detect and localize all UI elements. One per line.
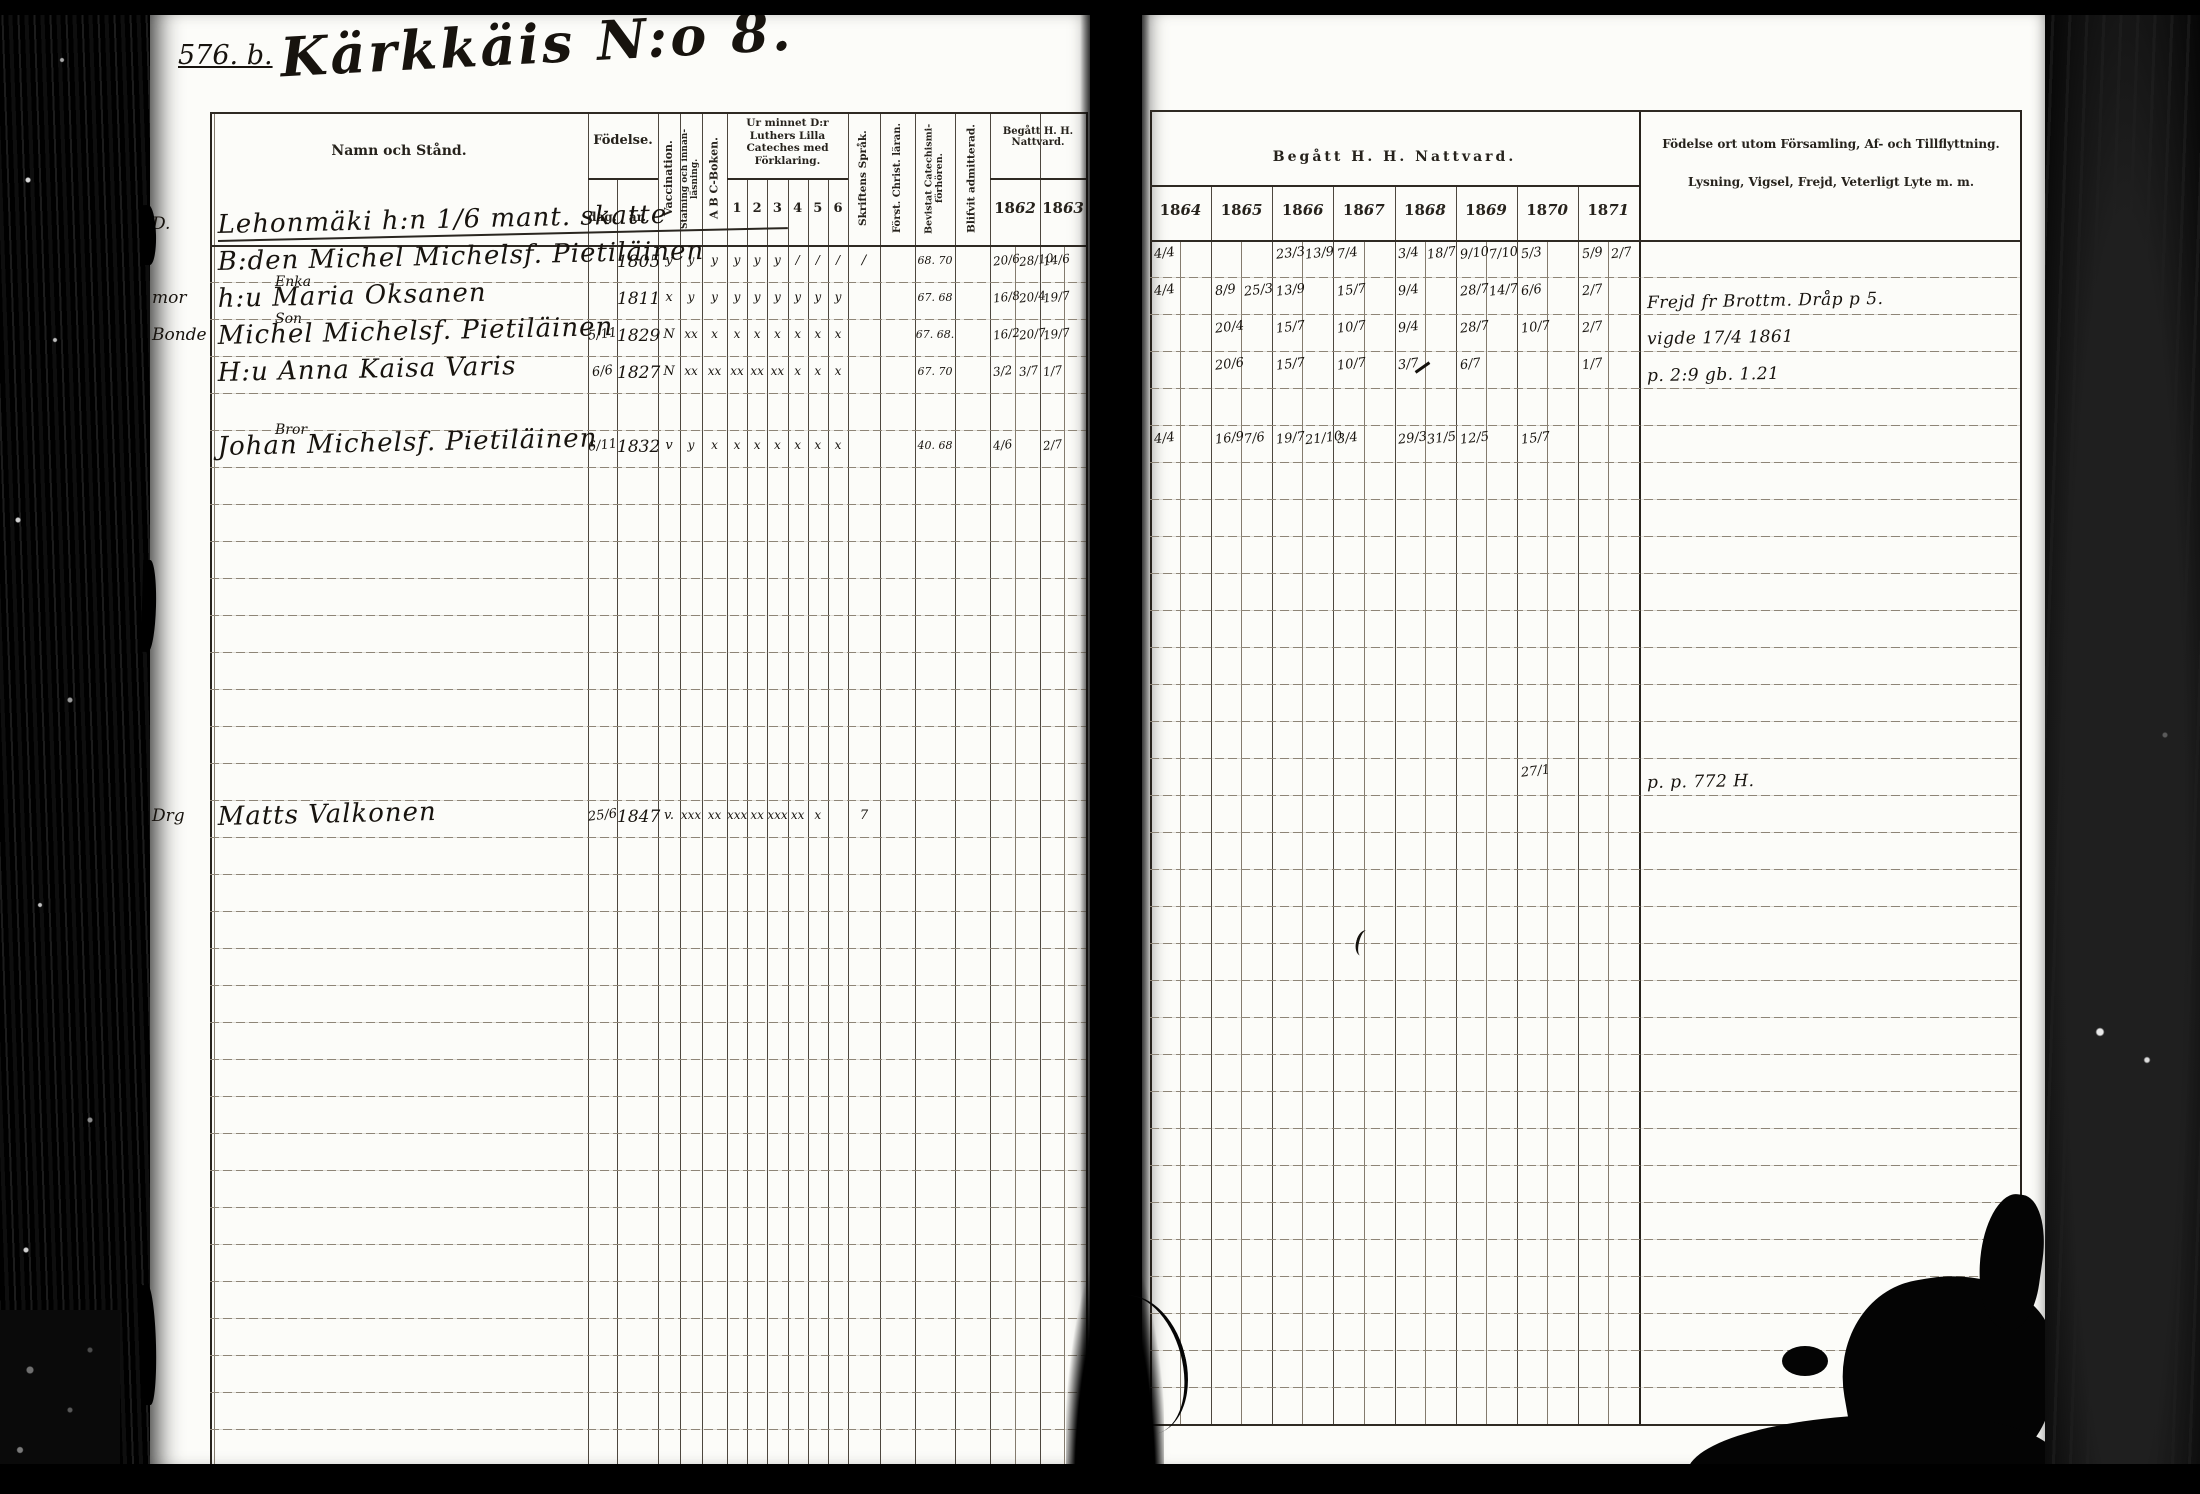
communion-mark: 9/4 (1398, 319, 1421, 336)
entry-name: h:u Maria Oksanen (217, 278, 487, 314)
communion-mark: 5/9 (1581, 245, 1604, 262)
communion-mark: 18/7 (1427, 244, 1458, 262)
grid-line-h (1150, 869, 2020, 870)
grid-line-h (588, 178, 658, 180)
scanned-ledger-spread: 576. b. Kärkkäis N:o 8. Namn och Stånd. … (0, 0, 2200, 1494)
grid-line-h (1150, 185, 1639, 187)
abc-mark: y (702, 290, 727, 304)
communion-mark: 14/6 (1042, 251, 1070, 268)
birth-year: 1805 (617, 252, 658, 272)
marginal-note: p. 2:9 gb. 1.21 (1647, 364, 1780, 386)
header-notes-line2: Lysning, Vigsel, Frejd, Veterligt Lyte m… (1647, 176, 2015, 189)
catechism-mark: y (747, 253, 767, 267)
catechism-mark: y (767, 290, 787, 304)
vaccination-mark: v (658, 438, 680, 453)
grid-line-h (210, 1133, 1086, 1134)
scan-left-edge (0, 0, 150, 1494)
grid-line-h (1150, 314, 2020, 315)
catechism-mark: x (747, 438, 767, 452)
communion-mark: 7/4 (1336, 245, 1359, 262)
attended-mark: 40. 68 (915, 439, 955, 452)
header-cateches: Ur minnet D:r Luthers Lilla Cateches med… (727, 117, 848, 167)
catechism-mark: x (767, 438, 787, 452)
margin-note: mor (152, 288, 186, 308)
scripture-mark: 7 (848, 808, 880, 823)
spelling-mark: xx (680, 327, 702, 341)
grid-line-h (210, 393, 1086, 394)
communion-mark: 2/7 (1581, 319, 1604, 336)
communion-mark: 2/7 (1042, 437, 1063, 453)
catechism-mark: y (767, 253, 787, 267)
marginal-note: Frejd fr Brottm. Dråp p 5. (1647, 289, 1884, 313)
grid-line-h (210, 1281, 1086, 1282)
communion-mark: 25/3 (1243, 281, 1274, 299)
vaccination-mark: x (658, 290, 680, 305)
grid-line-h (1150, 388, 2020, 389)
catechism-mark: x (788, 364, 808, 378)
year-label: 1869 (1456, 202, 1517, 219)
grid-line-h (210, 911, 1086, 912)
communion-mark: 28/7 (1459, 318, 1490, 336)
birth-day: 25/6 (587, 806, 618, 824)
birth-year: 1811 (617, 289, 658, 309)
scan-right-edge (2045, 0, 2200, 1494)
communion-mark: 1/7 (1581, 356, 1604, 373)
catechism-mark: y (788, 290, 808, 304)
communion-mark: 28/7 (1459, 281, 1490, 299)
communion-mark: 4/4 (1153, 282, 1176, 299)
communion-mark: 4/6 (992, 437, 1013, 453)
grid-line-h (210, 467, 1086, 468)
grid-line-h (1150, 980, 2020, 981)
birth-year: 1832 (617, 437, 658, 457)
grid-line-v (1015, 245, 1016, 1466)
marginal-note: p. p. 772 H. (1647, 771, 1755, 793)
header-blifvit-admitterad: Blifvit admitterad. (955, 112, 990, 245)
grid-line-h (1150, 351, 2020, 352)
entry-name: Matts Valkonen (217, 797, 437, 832)
grid-line-h (210, 615, 1086, 616)
catechism-mark: x (808, 364, 828, 378)
grid-line-h (1150, 647, 2020, 648)
catechism-mark: x (828, 364, 848, 378)
catechism-mark: y (727, 290, 747, 304)
catechism-mark: xx (747, 808, 767, 822)
catechism-mark: x (747, 327, 767, 341)
communion-mark: 19/7 (1042, 288, 1070, 305)
birth-year: 1827 (617, 363, 658, 383)
grid-line-h (1150, 906, 2020, 907)
ink-squiggle (1353, 929, 1374, 958)
birth-day: 6/6 (587, 362, 618, 380)
abc-mark: x (702, 327, 727, 341)
birth-day: 6/11 (587, 436, 618, 454)
communion-mark: 5/3 (1520, 245, 1543, 262)
year-label: 1868 (1394, 202, 1455, 219)
grid-line-h (1150, 1128, 2020, 1129)
year-label: 1870 (1517, 202, 1578, 219)
birth-year: 1847 (617, 807, 658, 827)
communion-mark: 7/6 (1243, 430, 1266, 447)
header-nattvard-right: Begått H. H. Nattvard. (1150, 150, 1639, 165)
grid-line-h (1150, 1165, 2020, 1166)
catechism-col-number: 5 (808, 202, 828, 216)
grid-line-h (1150, 536, 2020, 537)
catechism-mark: / (808, 253, 828, 267)
catechism-mark: / (828, 253, 848, 267)
vaccination-mark: N (658, 327, 680, 342)
grid-line-h (1150, 684, 2020, 685)
communion-mark: 15/7 (1336, 281, 1367, 299)
header-notes-line1: Födelse ort utom Församling, Af- och Til… (1647, 138, 2015, 151)
grid-line-h (1150, 425, 2020, 426)
header-fodelse: Födelse. (588, 134, 658, 148)
catechism-mark: x (828, 327, 848, 341)
header-nattvard-left: Begått H. H. Nattvard. (990, 126, 1086, 148)
spelling-mark: xx (680, 364, 702, 378)
communion-mark: 31/5 (1427, 429, 1458, 447)
grid-line-v (658, 112, 659, 1466)
year-label: 1867 (1333, 202, 1394, 219)
year-label: 1866 (1272, 202, 1333, 219)
grid-line-h (727, 178, 848, 180)
right-page: Begått H. H. Nattvard. Födelse ort utom … (1142, 14, 2045, 1466)
grid-line-v (848, 112, 849, 1466)
header-bevistat-forhoren: Bevistat Catechismi-förhören. (915, 112, 955, 245)
communion-mark: 2/7 (1581, 282, 1604, 299)
catechism-col-number: 4 (788, 202, 808, 216)
communion-mark: 6/7 (1459, 356, 1482, 373)
catechism-mark: y (828, 290, 848, 304)
communion-mark: 15/7 (1520, 429, 1551, 447)
grid-line-h (210, 1392, 1086, 1393)
catechism-mark: y (808, 290, 828, 304)
grid-line-v (1639, 110, 1641, 1424)
header-skriftens-sprak: Skriftens Språk. (848, 112, 880, 245)
margin-note: Drg (152, 806, 185, 826)
grid-line-h (210, 726, 1086, 727)
communion-mark: 2/7 (1610, 245, 1633, 262)
grid-line-v (990, 112, 991, 1466)
grid-line-h (210, 1355, 1086, 1356)
grid-line-h (210, 763, 1086, 764)
communion-mark: 8/9 (1214, 282, 1237, 299)
grid-line-v (915, 112, 916, 1466)
catechism-mark: x (727, 327, 747, 341)
catechism-mark: x (808, 438, 828, 452)
catechism-mark: x (767, 327, 787, 341)
header-namn-och-stand: Namn och Stånd. (210, 144, 588, 159)
communion-mark: 3/4 (1398, 245, 1421, 262)
grid-line-h (1150, 1091, 2020, 1092)
communion-mark: 3/2 (992, 363, 1013, 379)
grid-line-h (1150, 721, 2020, 722)
marginal-note: vigde 17/4 1861 (1647, 327, 1794, 350)
grid-line-h (210, 1207, 1086, 1208)
entry-name: H:u Anna Kaisa Varis (217, 351, 516, 388)
page-number: 576. b. (178, 40, 273, 71)
grid-line-h (210, 1096, 1086, 1097)
communion-mark: 16/2 (992, 325, 1020, 342)
grid-line-h (210, 1022, 1086, 1023)
grid-line-h (1150, 610, 2020, 611)
catechism-mark: x (808, 808, 828, 822)
grid-line-h (210, 1244, 1086, 1245)
communion-mark: 9/10 (1459, 244, 1490, 262)
attended-mark: 67. 70 (915, 365, 955, 378)
grid-line-h (210, 652, 1086, 653)
communion-mark: 20/6 (992, 251, 1020, 268)
abc-mark: xx (702, 808, 727, 822)
communion-mark: 10/7 (1336, 318, 1367, 336)
catechism-mark: / (788, 253, 808, 267)
catechism-mark: xxx (767, 808, 787, 822)
grid-line-h (1150, 1017, 2020, 1018)
catechism-mark: x (828, 438, 848, 452)
grid-line-h (1150, 462, 2020, 463)
catechism-mark: xx (788, 808, 808, 822)
catechism-mark: x (808, 327, 828, 341)
grid-line-v (680, 112, 681, 1466)
scan-bottom-edge (0, 1464, 2200, 1494)
scripture-mark: / (848, 253, 880, 268)
communion-mark: 3/7 (1018, 363, 1039, 379)
communion-mark: 4/4 (1153, 245, 1176, 262)
spelling-mark: y (680, 290, 702, 304)
grid-line-h (210, 874, 1086, 875)
communion-mark: 27/1 (1520, 762, 1551, 780)
catechism-mark: x (727, 438, 747, 452)
grid-line-h (210, 985, 1086, 986)
catechism-mark: xx (747, 364, 767, 378)
grid-line-h (210, 1429, 1086, 1430)
scan-top-edge (0, 0, 2200, 15)
abc-mark: xx (702, 364, 727, 378)
grid-line-h (210, 1318, 1086, 1319)
grid-line-h (1150, 277, 2020, 278)
grid-line-h (1150, 573, 2020, 574)
spelling-mark: y (680, 253, 702, 267)
communion-mark: 10/7 (1520, 318, 1551, 336)
grid-line-h (1150, 943, 2020, 944)
catechism-mark: x (788, 327, 808, 341)
abc-mark: x (702, 438, 727, 452)
year-label: 1864 (1150, 202, 1211, 219)
catechism-mark: xx (727, 364, 747, 378)
communion-mark: 6/6 (1520, 282, 1543, 299)
grid-line-h (210, 1059, 1086, 1060)
communion-mark: 19/7 (1042, 325, 1070, 342)
grid-line-v (880, 112, 881, 1466)
grid-line-h (1150, 1202, 2020, 1203)
catechism-col-number: 6 (828, 202, 848, 216)
spelling-mark: y (680, 438, 702, 452)
catechism-mark: xx (767, 364, 787, 378)
catechism-mark: y (747, 290, 767, 304)
communion-mark: 14/7 (1488, 281, 1519, 299)
grid-line-h (210, 689, 1086, 690)
communion-mark: 3/4 (1336, 430, 1359, 447)
grid-line-v (210, 112, 212, 1466)
year-label: 1862 (990, 200, 1040, 217)
grid-line-v (1040, 112, 1041, 1466)
grid-line-v (214, 112, 215, 1466)
communion-mark: 7/10 (1488, 244, 1519, 262)
communion-mark: 10/7 (1336, 355, 1367, 373)
communion-mark: 1/7 (1042, 363, 1063, 379)
grid-line-h (210, 504, 1086, 505)
vaccination-mark: y (658, 253, 680, 268)
grid-line-h (210, 112, 1086, 114)
grid-line-v (702, 112, 703, 1466)
ink-blot (1782, 1346, 1828, 1376)
grid-line-v (1150, 110, 1152, 1424)
grid-line-h (210, 948, 1086, 949)
communion-mark: 16/8 (992, 288, 1020, 305)
catechism-mark: x (788, 438, 808, 452)
vaccination-mark: v. (658, 808, 680, 823)
header-forst-christ-laran: Först. Christ. läran. (880, 112, 915, 245)
grid-line-h (210, 837, 1086, 838)
book-gutter (1080, 0, 1150, 1494)
communion-mark: 29/3 (1398, 429, 1429, 447)
grid-line-h (1150, 499, 2020, 500)
grid-line-h (1150, 832, 2020, 833)
grid-line-h (990, 178, 1086, 180)
grid-line-h (210, 1170, 1086, 1171)
grid-line-h (1150, 1054, 2020, 1055)
year-label: 1871 (1578, 202, 1639, 219)
grid-line-h (1150, 1276, 2020, 1277)
margin-note: Bonde (152, 325, 207, 345)
left-page: 576. b. Kärkkäis N:o 8. Namn och Stånd. … (150, 14, 1090, 1466)
catechism-mark: xxx (727, 808, 747, 822)
grid-line-h (1150, 110, 2020, 112)
birth-year: 1829 (617, 326, 658, 346)
grid-line-v (955, 112, 956, 1466)
grid-line-v (727, 112, 728, 1466)
attended-mark: 68. 70 (915, 254, 955, 267)
abc-mark: y (702, 253, 727, 267)
communion-mark: 12/5 (1459, 429, 1490, 447)
grid-line-h (1150, 1239, 2020, 1240)
year-label: 1865 (1211, 202, 1272, 219)
communion-mark: 4/4 (1153, 430, 1176, 447)
vaccination-mark: N (658, 364, 680, 379)
communion-mark: 13/9 (1304, 244, 1335, 262)
grid-line-v (1064, 245, 1065, 1466)
attended-mark: 67. 68. (915, 328, 955, 341)
spelling-mark: xxx (680, 808, 702, 822)
grid-line-h (1150, 795, 2020, 796)
communion-mark: 9/4 (1398, 282, 1421, 299)
catechism-mark: y (727, 253, 747, 267)
attended-mark: 67. 68 (915, 291, 955, 304)
grid-line-h (210, 541, 1086, 542)
grid-line-h (1150, 240, 2020, 242)
grid-line-h (210, 578, 1086, 579)
grid-line-h (1150, 758, 2020, 759)
